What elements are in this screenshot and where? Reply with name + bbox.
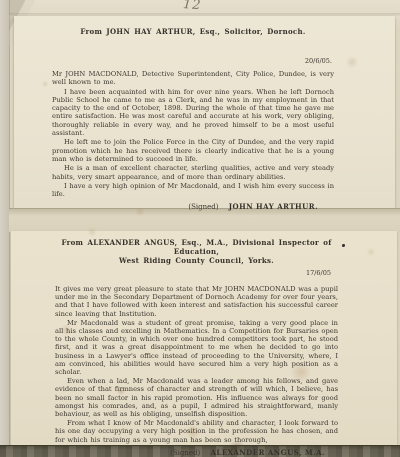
testimonial-letter-arthur: From JOHN HAY ARTHUR, Esq., Solicitor, D… [52,27,334,211]
handwritten-page-number: 12 [183,0,214,14]
signature-name: ALEXANDER ANGUS, M.A. [210,448,325,457]
letter-date: 20/6/05. [52,57,334,65]
letter-date: 17/6/05 [55,269,338,277]
letter-heading: From JOHN HAY ARTHUR, Esq., Solicitor, D… [52,27,334,36]
signature-line: (Signed) ALEXANDER ANGUS, M.A. [55,448,338,457]
paragraph: He is a man of excellent character, ster… [52,164,334,181]
testimonial-letter-angus: From ALEXANDER ANGUS, Esq., M.A., Divisi… [55,238,338,457]
signed-label: (Signed) [188,203,218,211]
signature-line: (Signed) JOHN HAY ARTHUR. [52,202,334,211]
paragraph: I have been acquainted with him for over… [52,88,334,138]
letter-heading: From ALEXANDER ANGUS, Esq., M.A., Divisi… [55,238,338,265]
signature-name: JOHN HAY ARTHUR. [229,202,318,211]
paragraph: Mr Macdonald was a student of great prom… [55,319,338,376]
paragraph: I have a very high opinion of Mr Macdona… [52,182,334,199]
paragraph: Mr JOHN MACDONALD, Detective Superintend… [52,70,334,87]
letter-body: It gives me very great pleasure to state… [55,285,338,444]
letter-heading-line1: From ALEXANDER ANGUS, Esq., M.A., Divisi… [55,238,338,256]
scan-left-edge [0,0,9,457]
paragraph: It gives me very great pleasure to state… [55,285,338,318]
letter-heading-line2: West Riding County Council, Yorks. [55,256,338,265]
middle-fold [9,208,400,232]
paragraph: From what I know of Mr Macdonald's abili… [55,419,338,444]
letter-body: Mr JOHN MACDONALD, Detective Superintend… [52,70,334,198]
paragraph: Even when a lad, Mr Macdonald was a lead… [55,377,338,418]
scanned-document-page: 12 From JOHN HAY ARTHUR, Esq., Solicitor… [0,0,400,457]
signed-label: (Signed) [170,449,200,457]
paragraph: He left me to join the Police Force in t… [52,138,334,163]
